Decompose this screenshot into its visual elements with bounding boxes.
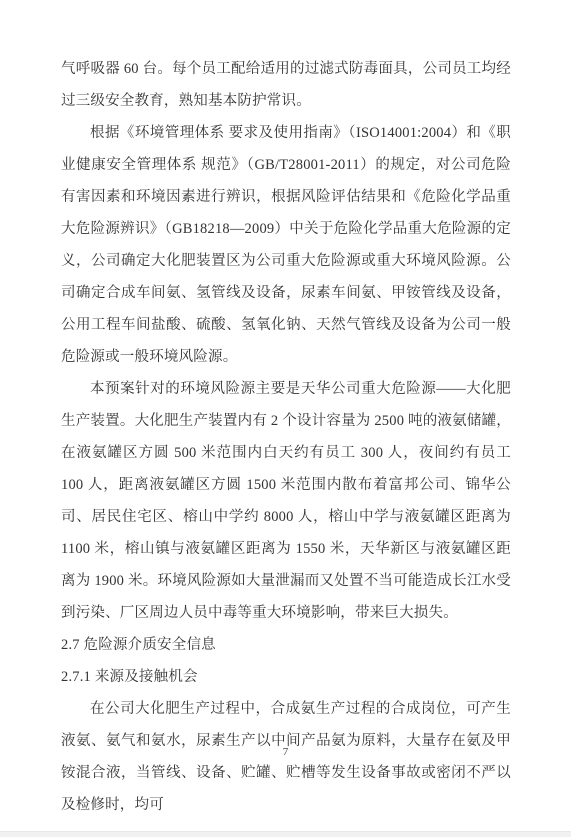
page-number: 7 xyxy=(0,744,571,760)
page-bottom-edge xyxy=(0,831,571,837)
document-page: 气呼吸器 60 台。每个员工配给适用的过滤式防毒面具，公司员工均经过三级安全教育… xyxy=(0,0,571,837)
text-block: 气呼吸器 60 台。每个员工配给适用的过滤式防毒面具，公司员工均经过三级安全教育… xyxy=(61,53,511,821)
paragraph: 气呼吸器 60 台。每个员工配给适用的过滤式防毒面具，公司员工均经过三级安全教育… xyxy=(61,53,511,117)
paragraph: 本预案针对的环境风险源主要是天华公司重大危险源——大化肥生产装置。大化肥生产装置… xyxy=(61,373,511,629)
paragraph: 根据《环境管理体系 要求及使用指南》（ISO14001:2004）和《职业健康安… xyxy=(61,117,511,373)
section-heading: 2.7.1 来源及接触机会 xyxy=(61,661,511,693)
section-heading: 2.7 危险源介质安全信息 xyxy=(61,629,511,661)
